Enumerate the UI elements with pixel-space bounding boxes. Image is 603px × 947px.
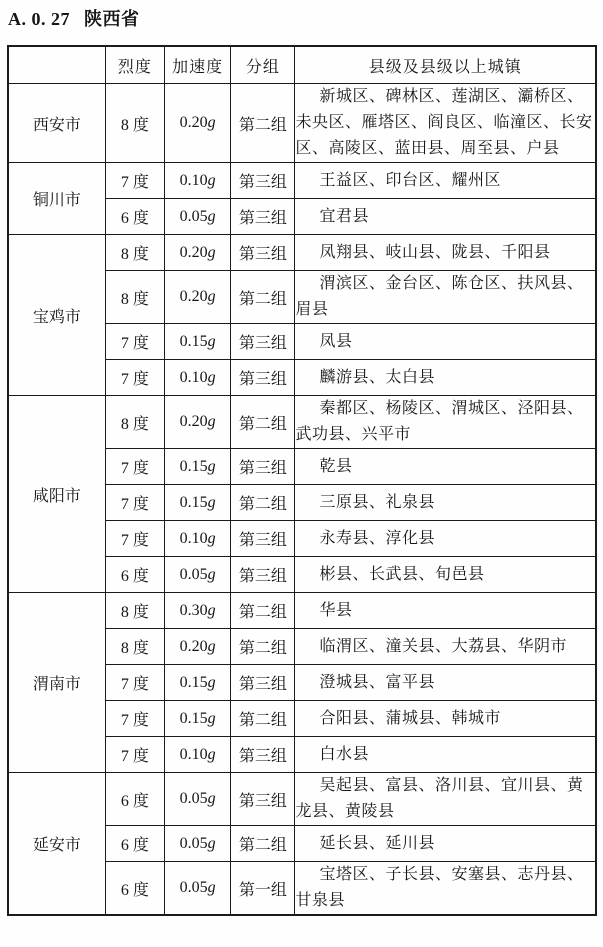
acceleration-unit: g [208, 835, 216, 852]
table-row: 西安市8 度0.20g第二组新城区、碑林区、莲湖区、灞桥区、未央区、雁塔区、阎良… [8, 84, 596, 163]
towns-cell: 麟游县、太白县 [295, 360, 596, 396]
acceleration-value: 0.15 [180, 710, 208, 727]
header-city [8, 46, 105, 84]
group-cell: 第三组 [231, 235, 295, 271]
acceleration-unit: g [208, 369, 216, 386]
intensity-cell: 7 度 [105, 324, 164, 360]
acceleration-cell: 0.10g [165, 163, 231, 199]
acceleration-cell: 0.15g [165, 449, 231, 485]
acceleration-unit: g [208, 172, 216, 189]
acceleration-value: 0.15 [180, 333, 208, 350]
acceleration-value: 0.30 [180, 602, 208, 619]
acceleration-unit: g [208, 746, 216, 763]
towns-cell: 宜君县 [295, 199, 596, 235]
document-page: A. 0. 27陕西省 烈度 加速度 分组 县级及县级以上城镇 西安市8 度0.… [0, 0, 603, 947]
towns-cell: 临渭区、潼关县、大荔县、华阴市 [295, 629, 596, 665]
group-cell: 第三组 [231, 324, 295, 360]
acceleration-unit: g [208, 674, 216, 691]
acceleration-cell: 0.15g [165, 324, 231, 360]
acceleration-value: 0.15 [180, 674, 208, 691]
acceleration-value: 0.10 [180, 369, 208, 386]
towns-cell: 澄城县、富平县 [295, 665, 596, 701]
table-row: 渭南市8 度0.30g第二组华县 [8, 593, 596, 629]
group-cell: 第二组 [231, 84, 295, 163]
intensity-cell: 7 度 [105, 701, 164, 737]
acceleration-value: 0.20 [180, 638, 208, 655]
acceleration-cell: 0.20g [165, 396, 231, 449]
acceleration-cell: 0.10g [165, 737, 231, 773]
group-cell: 第三组 [231, 163, 295, 199]
acceleration-value: 0.20 [180, 114, 208, 131]
group-cell: 第二组 [231, 826, 295, 862]
group-cell: 第三组 [231, 521, 295, 557]
acceleration-cell: 0.15g [165, 485, 231, 521]
intensity-cell: 6 度 [105, 862, 164, 916]
intensity-cell: 7 度 [105, 449, 164, 485]
towns-cell: 宝塔区、子长县、安塞县、志丹县、甘泉县 [295, 862, 596, 916]
acceleration-value: 0.20 [180, 288, 208, 305]
acceleration-value: 0.20 [180, 413, 208, 430]
acceleration-unit: g [208, 244, 216, 261]
acceleration-value: 0.15 [180, 494, 208, 511]
intensity-cell: 6 度 [105, 773, 164, 826]
group-cell: 第三组 [231, 665, 295, 701]
section-heading: A. 0. 27陕西省 [8, 5, 597, 31]
acceleration-unit: g [208, 494, 216, 511]
acceleration-value: 0.05 [180, 790, 208, 807]
acceleration-value: 0.15 [180, 458, 208, 475]
intensity-cell: 8 度 [105, 84, 164, 163]
acceleration-unit: g [208, 333, 216, 350]
group-cell: 第三组 [231, 737, 295, 773]
intensity-cell: 6 度 [105, 557, 164, 593]
group-cell: 第三组 [231, 557, 295, 593]
towns-cell: 渭滨区、金台区、陈仓区、扶风县、眉县 [295, 271, 596, 324]
group-cell: 第二组 [231, 396, 295, 449]
group-cell: 第二组 [231, 485, 295, 521]
acceleration-cell: 0.30g [165, 593, 231, 629]
acceleration-cell: 0.05g [165, 862, 231, 916]
towns-cell: 华县 [295, 593, 596, 629]
acceleration-cell: 0.20g [165, 84, 231, 163]
seismic-zoning-table: 烈度 加速度 分组 县级及县级以上城镇 西安市8 度0.20g第二组新城区、碑林… [7, 45, 597, 916]
acceleration-cell: 0.15g [165, 701, 231, 737]
acceleration-value: 0.20 [180, 244, 208, 261]
city-cell: 延安市 [8, 773, 105, 916]
intensity-cell: 7 度 [105, 360, 164, 396]
group-cell: 第二组 [231, 701, 295, 737]
intensity-cell: 8 度 [105, 271, 164, 324]
intensity-cell: 8 度 [105, 235, 164, 271]
towns-cell: 白水县 [295, 737, 596, 773]
intensity-cell: 7 度 [105, 665, 164, 701]
acceleration-value: 0.05 [180, 566, 208, 583]
city-cell: 西安市 [8, 84, 105, 163]
acceleration-cell: 0.15g [165, 665, 231, 701]
towns-cell: 永寿县、淳化县 [295, 521, 596, 557]
group-cell: 第三组 [231, 199, 295, 235]
intensity-cell: 6 度 [105, 826, 164, 862]
section-title: 陕西省 [84, 9, 140, 29]
towns-cell: 秦都区、杨陵区、渭城区、泾阳县、武功县、兴平市 [295, 396, 596, 449]
group-cell: 第二组 [231, 593, 295, 629]
header-towns: 县级及县级以上城镇 [295, 46, 596, 84]
section-number: A. 0. 27 [8, 9, 70, 29]
acceleration-cell: 0.20g [165, 629, 231, 665]
intensity-cell: 8 度 [105, 396, 164, 449]
acceleration-cell: 0.05g [165, 773, 231, 826]
acceleration-cell: 0.05g [165, 557, 231, 593]
city-cell: 铜川市 [8, 163, 105, 235]
acceleration-value: 0.05 [180, 835, 208, 852]
table-header-row: 烈度 加速度 分组 县级及县级以上城镇 [8, 46, 596, 84]
intensity-cell: 7 度 [105, 163, 164, 199]
acceleration-value: 0.10 [180, 746, 208, 763]
intensity-cell: 7 度 [105, 485, 164, 521]
acceleration-unit: g [208, 710, 216, 727]
acceleration-unit: g [208, 208, 216, 225]
towns-cell: 凤翔县、岐山县、陇县、千阳县 [295, 235, 596, 271]
towns-cell: 吴起县、富县、洛川县、宜川县、黄龙县、黄陵县 [295, 773, 596, 826]
table-body: 西安市8 度0.20g第二组新城区、碑林区、莲湖区、灞桥区、未央区、雁塔区、阎良… [8, 84, 596, 916]
intensity-cell: 7 度 [105, 737, 164, 773]
intensity-cell: 7 度 [105, 521, 164, 557]
group-cell: 第一组 [231, 862, 295, 916]
intensity-cell: 8 度 [105, 629, 164, 665]
group-cell: 第二组 [231, 629, 295, 665]
acceleration-unit: g [208, 458, 216, 475]
intensity-cell: 8 度 [105, 593, 164, 629]
acceleration-cell: 0.20g [165, 271, 231, 324]
towns-cell: 合阳县、蒲城县、韩城市 [295, 701, 596, 737]
header-intensity: 烈度 [105, 46, 164, 84]
acceleration-value: 0.10 [180, 530, 208, 547]
table-row: 延安市6 度0.05g第三组吴起县、富县、洛川县、宜川县、黄龙县、黄陵县 [8, 773, 596, 826]
acceleration-unit: g [208, 114, 216, 131]
towns-cell: 新城区、碑林区、莲湖区、灞桥区、未央区、雁塔区、阎良区、临潼区、长安区、高陵区、… [295, 84, 596, 163]
group-cell: 第二组 [231, 271, 295, 324]
towns-cell: 三原县、礼泉县 [295, 485, 596, 521]
acceleration-unit: g [208, 638, 216, 655]
acceleration-unit: g [208, 566, 216, 583]
acceleration-unit: g [208, 602, 216, 619]
group-cell: 第三组 [231, 449, 295, 485]
acceleration-unit: g [208, 790, 216, 807]
acceleration-cell: 0.05g [165, 826, 231, 862]
towns-cell: 延长县、延川县 [295, 826, 596, 862]
acceleration-value: 0.10 [180, 172, 208, 189]
intensity-cell: 6 度 [105, 199, 164, 235]
group-cell: 第三组 [231, 773, 295, 826]
city-cell: 咸阳市 [8, 396, 105, 593]
group-cell: 第三组 [231, 360, 295, 396]
acceleration-value: 0.05 [180, 208, 208, 225]
table-row: 宝鸡市8 度0.20g第三组凤翔县、岐山县、陇县、千阳县 [8, 235, 596, 271]
towns-cell: 王益区、印台区、耀州区 [295, 163, 596, 199]
header-acceleration: 加速度 [165, 46, 231, 84]
acceleration-cell: 0.20g [165, 235, 231, 271]
towns-cell: 凤县 [295, 324, 596, 360]
table-row: 铜川市7 度0.10g第三组王益区、印台区、耀州区 [8, 163, 596, 199]
acceleration-unit: g [208, 288, 216, 305]
city-cell: 宝鸡市 [8, 235, 105, 396]
header-group: 分组 [231, 46, 295, 84]
acceleration-unit: g [208, 879, 216, 896]
acceleration-cell: 0.10g [165, 360, 231, 396]
acceleration-value: 0.05 [180, 879, 208, 896]
towns-cell: 彬县、长武县、旬邑县 [295, 557, 596, 593]
towns-cell: 乾县 [295, 449, 596, 485]
acceleration-unit: g [208, 413, 216, 430]
table-row: 咸阳市8 度0.20g第二组秦都区、杨陵区、渭城区、泾阳县、武功县、兴平市 [8, 396, 596, 449]
acceleration-cell: 0.05g [165, 199, 231, 235]
acceleration-unit: g [208, 530, 216, 547]
city-cell: 渭南市 [8, 593, 105, 773]
acceleration-cell: 0.10g [165, 521, 231, 557]
